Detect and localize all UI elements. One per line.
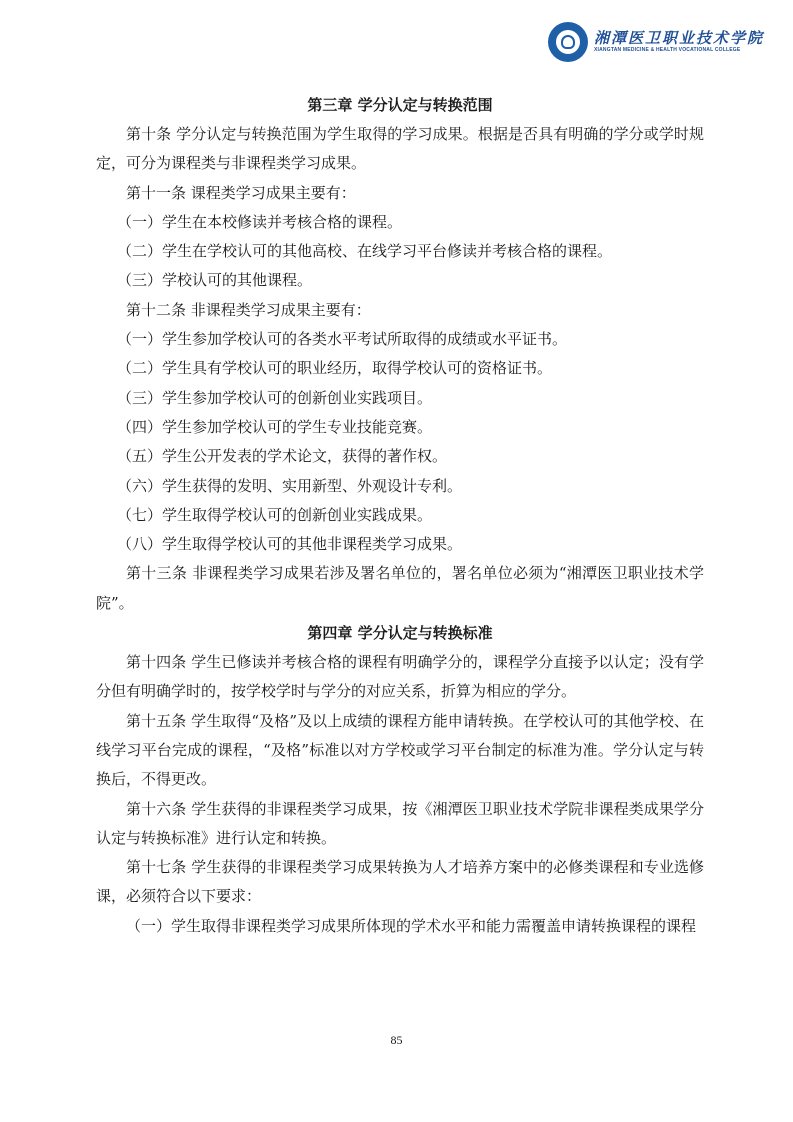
article-12-item: （五）学生公开发表的学术论文，获得的著作权。 xyxy=(96,442,704,471)
page-number: 85 xyxy=(0,1033,793,1048)
article-11: 第十一条 课程类学习成果主要有： xyxy=(96,179,704,208)
document-body: 第三章 学分认定与转换范围 第十条 学分认定与转换范围为学生取得的学习成果。根据… xyxy=(96,90,704,941)
article-12-item: （一）学生参加学校认可的各类水平考试所取得的成绩或水平证书。 xyxy=(96,325,704,354)
article-17-item: （一）学生取得非课程类学习成果所体现的学术水平和能力需覆盖申请转换课程的课程 xyxy=(96,912,704,941)
article-17: 第十七条 学生获得的非课程类学习成果转换为人才培养方案中的必修类课程和专业选修课… xyxy=(96,853,704,912)
article-10: 第十条 学分认定与转换范围为学生取得的学习成果。根据是否具有明确的学分或学时规定… xyxy=(96,120,704,179)
article-16: 第十六条 学生获得的非课程类学习成果，按《湘潭医卫职业技术学院非课程类成果学分认… xyxy=(96,795,704,854)
school-name-block: 湘潭医卫职业技术学院 XIANGTAN MEDICINE & HEALTH VO… xyxy=(594,30,764,54)
page-header: 湘潭医卫职业技术学院 XIANGTAN MEDICINE & HEALTH VO… xyxy=(548,22,764,62)
article-12-item: （六）学生获得的发明、实用新型、外观设计专利。 xyxy=(96,472,704,501)
article-12-item: （三）学生参加学校认可的创新创业实践项目。 xyxy=(96,384,704,413)
emblem-lotus xyxy=(561,35,575,49)
article-12-item: （二）学生具有学校认可的职业经历，取得学校认可的资格证书。 xyxy=(96,354,704,383)
article-15: 第十五条 学生取得“及格”及以上成绩的课程方能申请转换。在学校认可的其他学校、在… xyxy=(96,707,704,795)
article-13: 第十三条 非课程类学习成果若涉及署名单位的，署名单位必须为“湘潭医卫职业技术学院… xyxy=(96,559,704,618)
article-11-item: （三）学校认可的其他课程。 xyxy=(96,266,704,295)
article-11-item: （一）学生在本校修读并考核合格的课程。 xyxy=(96,208,704,237)
emblem-ring xyxy=(554,28,582,56)
article-12-item: （八）学生取得学校认可的其他非课程类学习成果。 xyxy=(96,530,704,559)
article-12-item: （七）学生取得学校认可的创新创业实践成果。 xyxy=(96,501,704,530)
chapter-3-title: 第三章 学分认定与转换范围 xyxy=(96,90,704,120)
school-name-en: XIANGTAN MEDICINE & HEALTH VOCATIONAL CO… xyxy=(594,47,764,54)
article-12: 第十二条 非课程类学习成果主要有： xyxy=(96,296,704,325)
article-11-item: （二）学生在学校认可的其他高校、在线学习平台修读并考核合格的课程。 xyxy=(96,237,704,266)
article-14: 第十四条 学生已修读并考核合格的课程有明确学分的，课程学分直接予以认定；没有学分… xyxy=(96,648,704,707)
chapter-4-title: 第四章 学分认定与转换标准 xyxy=(96,618,704,648)
school-emblem-icon xyxy=(548,22,588,62)
article-12-item: （四）学生参加学校认可的学生专业技能竞赛。 xyxy=(96,413,704,442)
school-name-cn: 湘潭医卫职业技术学院 xyxy=(594,30,764,47)
